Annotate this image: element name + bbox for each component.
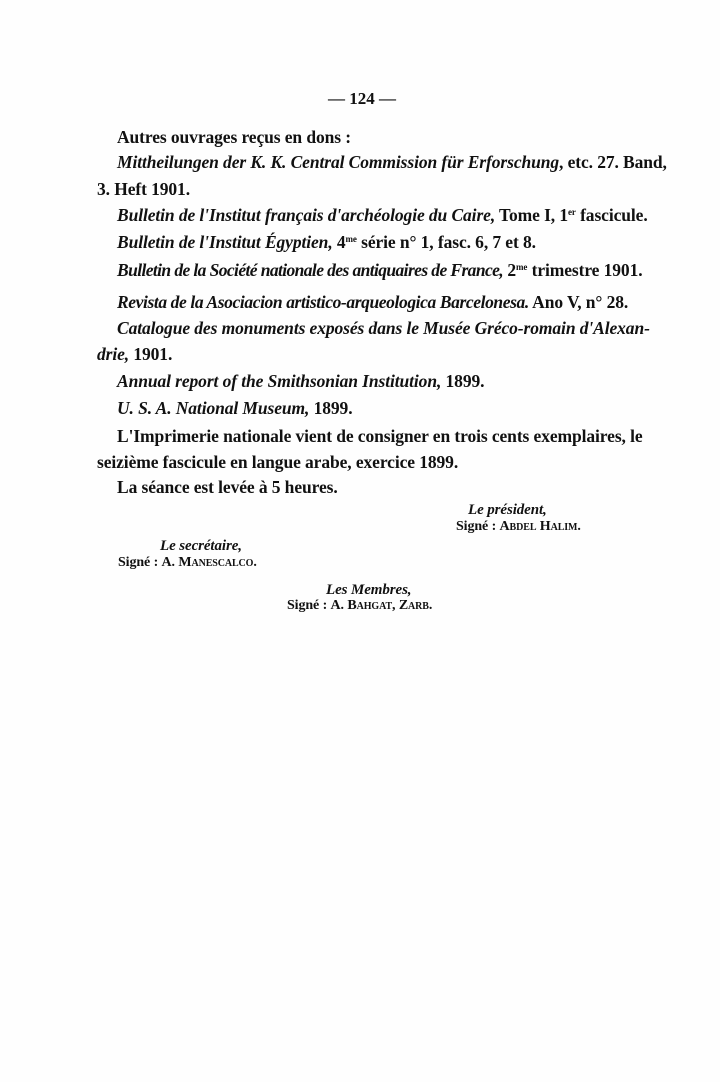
closing-line: La séance est levée à 5 heures. xyxy=(117,477,338,497)
entry-continuation-italic: drie, xyxy=(97,344,129,364)
imprimerie-paragraph-line1: L'Imprimerie nationale vient de consigne… xyxy=(117,426,628,446)
president-signature: Signé : Abdel Halim. xyxy=(456,519,581,535)
entry-usnm: U. S. A. National Museum, 1899. xyxy=(117,398,352,418)
entry-mittheilungen: Mittheilungen der K. K. Central Commissi… xyxy=(117,152,628,172)
entry-catalogue: Catalogue des monuments exposés dans le … xyxy=(117,318,628,338)
members-signature: Signé : A. Bahgat, Zarb. xyxy=(287,598,432,614)
entry-details: 1899. xyxy=(309,398,352,418)
secretary-name: A. Manescalco. xyxy=(162,555,257,570)
superscript: me xyxy=(516,262,527,272)
entry-details: Ano V, n° 28. xyxy=(529,292,628,312)
entry-details-post: série n° 1, fasc. 6, 7 et 8. xyxy=(357,232,536,252)
entry-title: Bulletin de l'Institut français d'archéo… xyxy=(117,205,495,225)
secretary-role: Le secrétaire, xyxy=(160,538,242,554)
entry-title: Bulletin de l'Institut Égyptien, xyxy=(117,232,333,252)
intro-line: Autres ouvrages reçus en dons : xyxy=(117,127,351,147)
entry-title: Revista de la Asociacion artistico-arque… xyxy=(117,292,529,312)
superscript: me xyxy=(346,234,357,244)
page-number: — 124 — xyxy=(312,89,412,109)
entry-details: 4 xyxy=(333,232,346,252)
entry-revista: Revista de la Asociacion artistico-arque… xyxy=(117,292,628,312)
entry-details: , etc. 27. Band, xyxy=(559,152,667,172)
signed-prefix: Signé : xyxy=(456,519,500,534)
entry-continuation: drie, 1901. xyxy=(97,344,172,364)
entry-smithsonian: Annual report of the Smithsonian Institu… xyxy=(117,371,484,391)
entry-title: Mittheilungen der K. K. Central Commissi… xyxy=(117,152,559,172)
entry-bulletin-ie: Bulletin de l'Institut Égyptien, 4me sér… xyxy=(117,232,536,252)
entry-title: Annual report of the Smithsonian Institu… xyxy=(117,371,441,391)
entry-bulletin-snaf: Bulletin de la Société nationale des ant… xyxy=(117,260,643,280)
entry-title: U. S. A. National Museum, xyxy=(117,398,309,418)
entry-details: 2 xyxy=(503,260,516,280)
entry-details: Tome I, 1 xyxy=(495,205,568,225)
entry-continuation: 3. Heft 1901. xyxy=(97,179,190,199)
members-name: A. Bahgat, Zarb. xyxy=(331,598,433,613)
document-page: — 124 — Autres ouvrages reçus en dons : … xyxy=(0,0,720,1082)
entry-details-post: fascicule. xyxy=(576,205,648,225)
signed-prefix: Signé : xyxy=(118,555,162,570)
entry-continuation-roman: 1901. xyxy=(129,344,172,364)
entry-title: Bulletin de la Société nationale des ant… xyxy=(117,260,503,280)
secretary-signature: Signé : A. Manescalco. xyxy=(118,555,257,571)
entry-bulletin-ifao: Bulletin de l'Institut français d'archéo… xyxy=(117,205,648,225)
imprimerie-paragraph-line2: seizième fascicule en langue arabe, exer… xyxy=(97,452,458,472)
president-role: Le président, xyxy=(468,502,547,518)
entry-details: 1899. xyxy=(441,371,484,391)
superscript: er xyxy=(568,207,576,217)
entry-details-post: trimestre 1901. xyxy=(527,260,642,280)
members-role: Les Membres, xyxy=(326,582,411,598)
signed-prefix: Signé : xyxy=(287,598,331,613)
president-name: Abdel Halim. xyxy=(500,519,581,534)
